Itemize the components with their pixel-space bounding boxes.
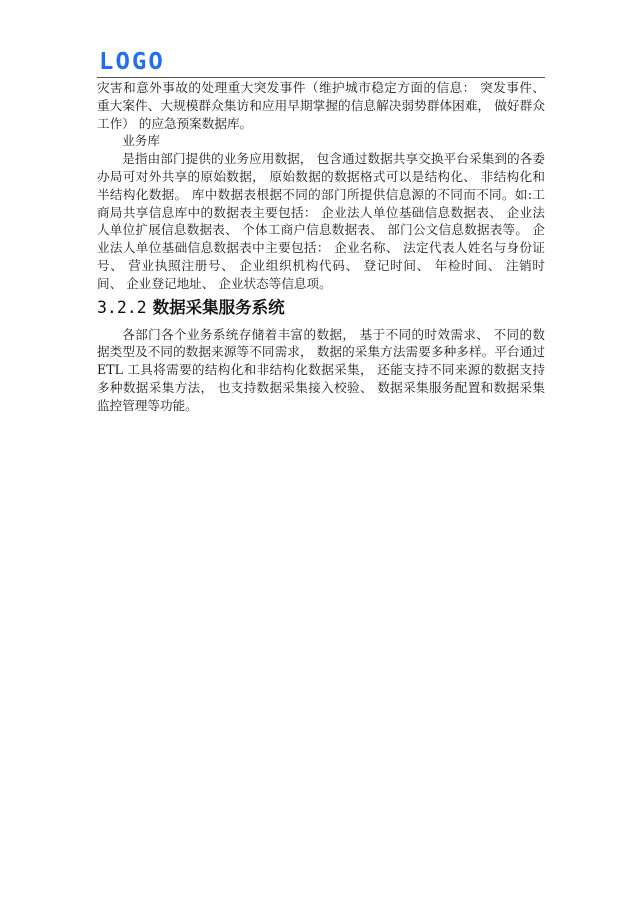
page-header: LOGO <box>97 48 545 78</box>
paragraph-emergency-db: 灾害和意外事故的处理重大突发事件（维护城市稳定方面的信息： 突发事件、 重大案件… <box>97 79 545 132</box>
section-number: 3.2.2 <box>97 298 147 317</box>
header-divider <box>97 77 545 78</box>
section-title: 数据采集服务系统 <box>153 298 285 317</box>
logo: LOGO <box>99 50 165 73</box>
document-body: 灾害和意外事故的处理重大突发事件（维护城市稳定方面的信息： 突发事件、 重大案件… <box>97 79 545 415</box>
paragraph-business-db: 是指由部门提供的业务应用数据， 包含通过数据共享交换平台采集到的各委办局可对外共… <box>97 150 545 292</box>
paragraph-data-collection: 各部门各个业务系统存储着丰富的数据， 基于不同的时效需求、 不同的数据类型及不同… <box>97 326 545 415</box>
section-heading: 3.2.2数据采集服务系统 <box>97 297 545 319</box>
subheading-business-db: 业务库 <box>97 132 545 150</box>
